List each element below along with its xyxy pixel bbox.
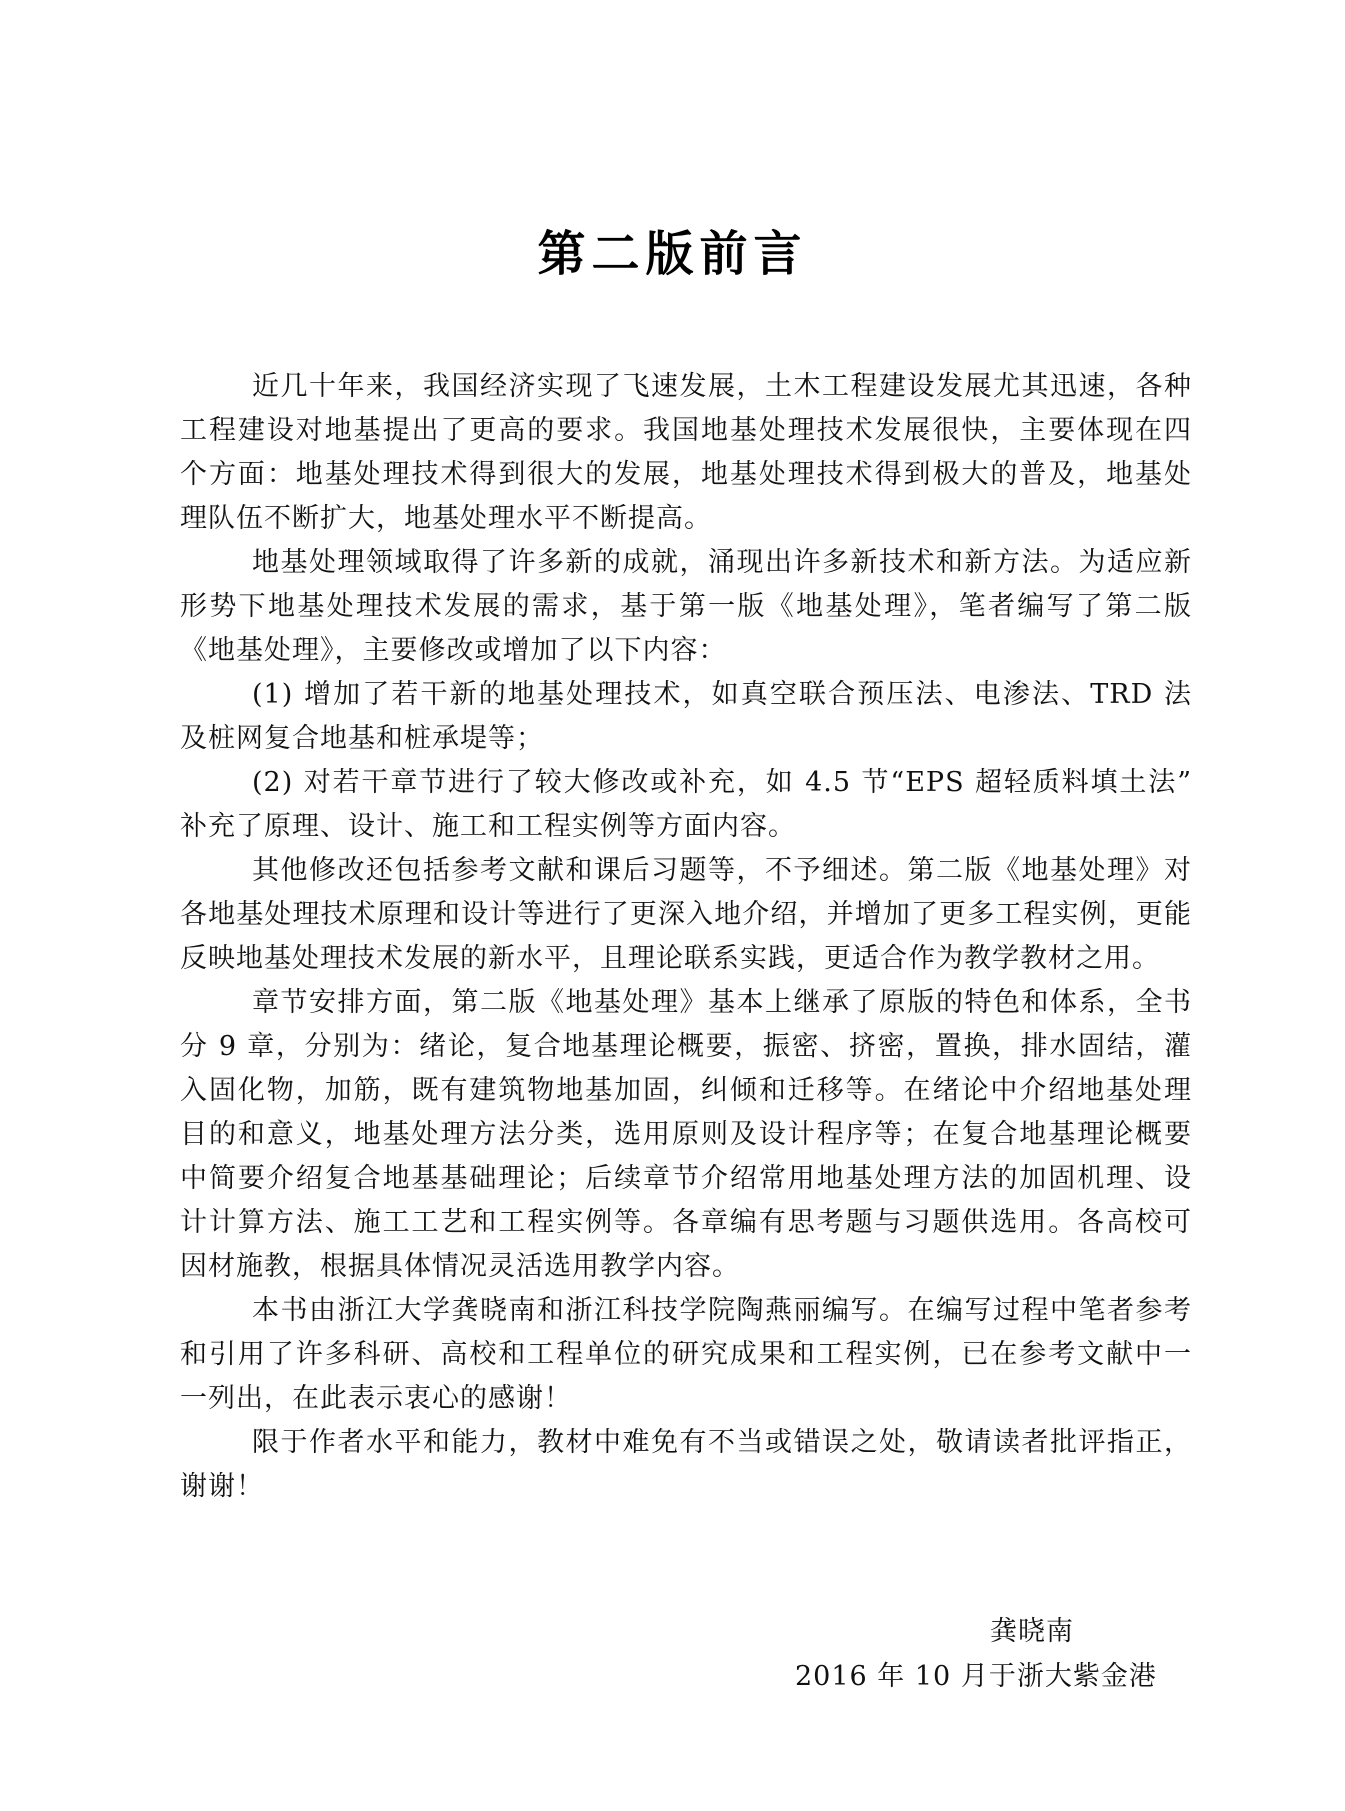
text-line: 章节安排方面，第二版《地基处理》基本上继承了原版的特色和体系，全书	[180, 981, 1192, 1025]
text-line: 谢谢！	[180, 1465, 1192, 1509]
text-line: 入固化物，加筋，既有建筑物地基加固，纠倾和迁移等。在绪论中介绍地基处理	[180, 1069, 1192, 1113]
text-line: 各地基处理技术原理和设计等进行了更深入地介绍，并增加了更多工程实例，更能	[180, 893, 1192, 937]
paragraph: 地基处理领域取得了许多新的成就，涌现出许多新技术和新方法。为适应新 形势下地基处…	[180, 541, 1192, 673]
list-item: (2) 对若干章节进行了较大修改或补充，如 4.5 节“EPS 超轻质料填土法”…	[180, 761, 1192, 849]
paragraph: 限于作者水平和能力，教材中难免有不当或错误之处，敬请读者批评指正， 谢谢！	[180, 1421, 1192, 1509]
preface-body: 近几十年来，我国经济实现了飞速发展，土木工程建设发展尤其迅速，各种 工程建设对地…	[180, 365, 1192, 1509]
page-title: 第二版前言	[0, 222, 1345, 286]
list-item: (1) 增加了若干新的地基处理技术，如真空联合预压法、电渗法、TRD 法 及桩网…	[180, 673, 1192, 761]
text-line: 分 9 章，分别为：绪论，复合地基理论概要，振密、挤密，置换，排水固结，灌	[180, 1025, 1192, 1069]
text-line: 补充了原理、设计、施工和工程实例等方面内容。	[180, 805, 1192, 849]
text-line: (1) 增加了若干新的地基处理技术，如真空联合预压法、电渗法、TRD 法	[180, 673, 1192, 717]
text-line: 限于作者水平和能力，教材中难免有不当或错误之处，敬请读者批评指正，	[180, 1421, 1192, 1465]
text-line: 目的和意义，地基处理方法分类，选用原则及设计程序等；在复合地基理论概要	[180, 1113, 1192, 1157]
text-line: 反映地基处理技术发展的新水平，且理论联系实践，更适合作为教学教材之用。	[180, 937, 1192, 981]
text-line: 近几十年来，我国经济实现了飞速发展，土木工程建设发展尤其迅速，各种	[180, 365, 1192, 409]
signature-date-place: 2016 年 10 月于浙大紫金港	[795, 1655, 1157, 1699]
text-line: 地基处理领域取得了许多新的成就，涌现出许多新技术和新方法。为适应新	[180, 541, 1192, 585]
text-line: 和引用了许多科研、高校和工程单位的研究成果和工程实例，已在参考文献中一	[180, 1333, 1192, 1377]
text-line: 本书由浙江大学龚晓南和浙江科技学院陶燕丽编写。在编写过程中笔者参考	[180, 1289, 1192, 1333]
paragraph: 近几十年来，我国经济实现了飞速发展，土木工程建设发展尤其迅速，各种 工程建设对地…	[180, 365, 1192, 541]
text-line: 理队伍不断扩大，地基处理水平不断提高。	[180, 497, 1192, 541]
paragraph: 章节安排方面，第二版《地基处理》基本上继承了原版的特色和体系，全书 分 9 章，…	[180, 981, 1192, 1289]
text-line: 工程建设对地基提出了更高的要求。我国地基处理技术发展很快，主要体现在四	[180, 409, 1192, 453]
text-line: 其他修改还包括参考文献和课后习题等，不予细述。第二版《地基处理》对	[180, 849, 1192, 893]
text-line: 一列出，在此表示衷心的感谢！	[180, 1377, 1192, 1421]
text-line: (2) 对若干章节进行了较大修改或补充，如 4.5 节“EPS 超轻质料填土法”	[180, 761, 1192, 805]
text-line: 《地基处理》，主要修改或增加了以下内容：	[180, 629, 1192, 673]
text-line: 及桩网复合地基和桩承堤等；	[180, 717, 1192, 761]
text-line: 因材施教，根据具体情况灵活选用教学内容。	[180, 1245, 1192, 1289]
paragraph: 本书由浙江大学龚晓南和浙江科技学院陶燕丽编写。在编写过程中笔者参考 和引用了许多…	[180, 1289, 1192, 1421]
text-line: 个方面：地基处理技术得到很大的发展，地基处理技术得到极大的普及，地基处	[180, 453, 1192, 497]
text-line: 中简要介绍复合地基基础理论；后续章节介绍常用地基处理方法的加固机理、设	[180, 1157, 1192, 1201]
paragraph: 其他修改还包括参考文献和课后习题等，不予细述。第二版《地基处理》对 各地基处理技…	[180, 849, 1192, 981]
text-line: 形势下地基处理技术发展的需求，基于第一版《地基处理》，笔者编写了第二版	[180, 585, 1192, 629]
document-page: 第二版前言 近几十年来，我国经济实现了飞速发展，土木工程建设发展尤其迅速，各种 …	[0, 0, 1345, 1811]
text-line: 计计算方法、施工工艺和工程实例等。各章编有思考题与习题供选用。各高校可	[180, 1201, 1192, 1245]
signature-author: 龚晓南	[990, 1610, 1074, 1654]
